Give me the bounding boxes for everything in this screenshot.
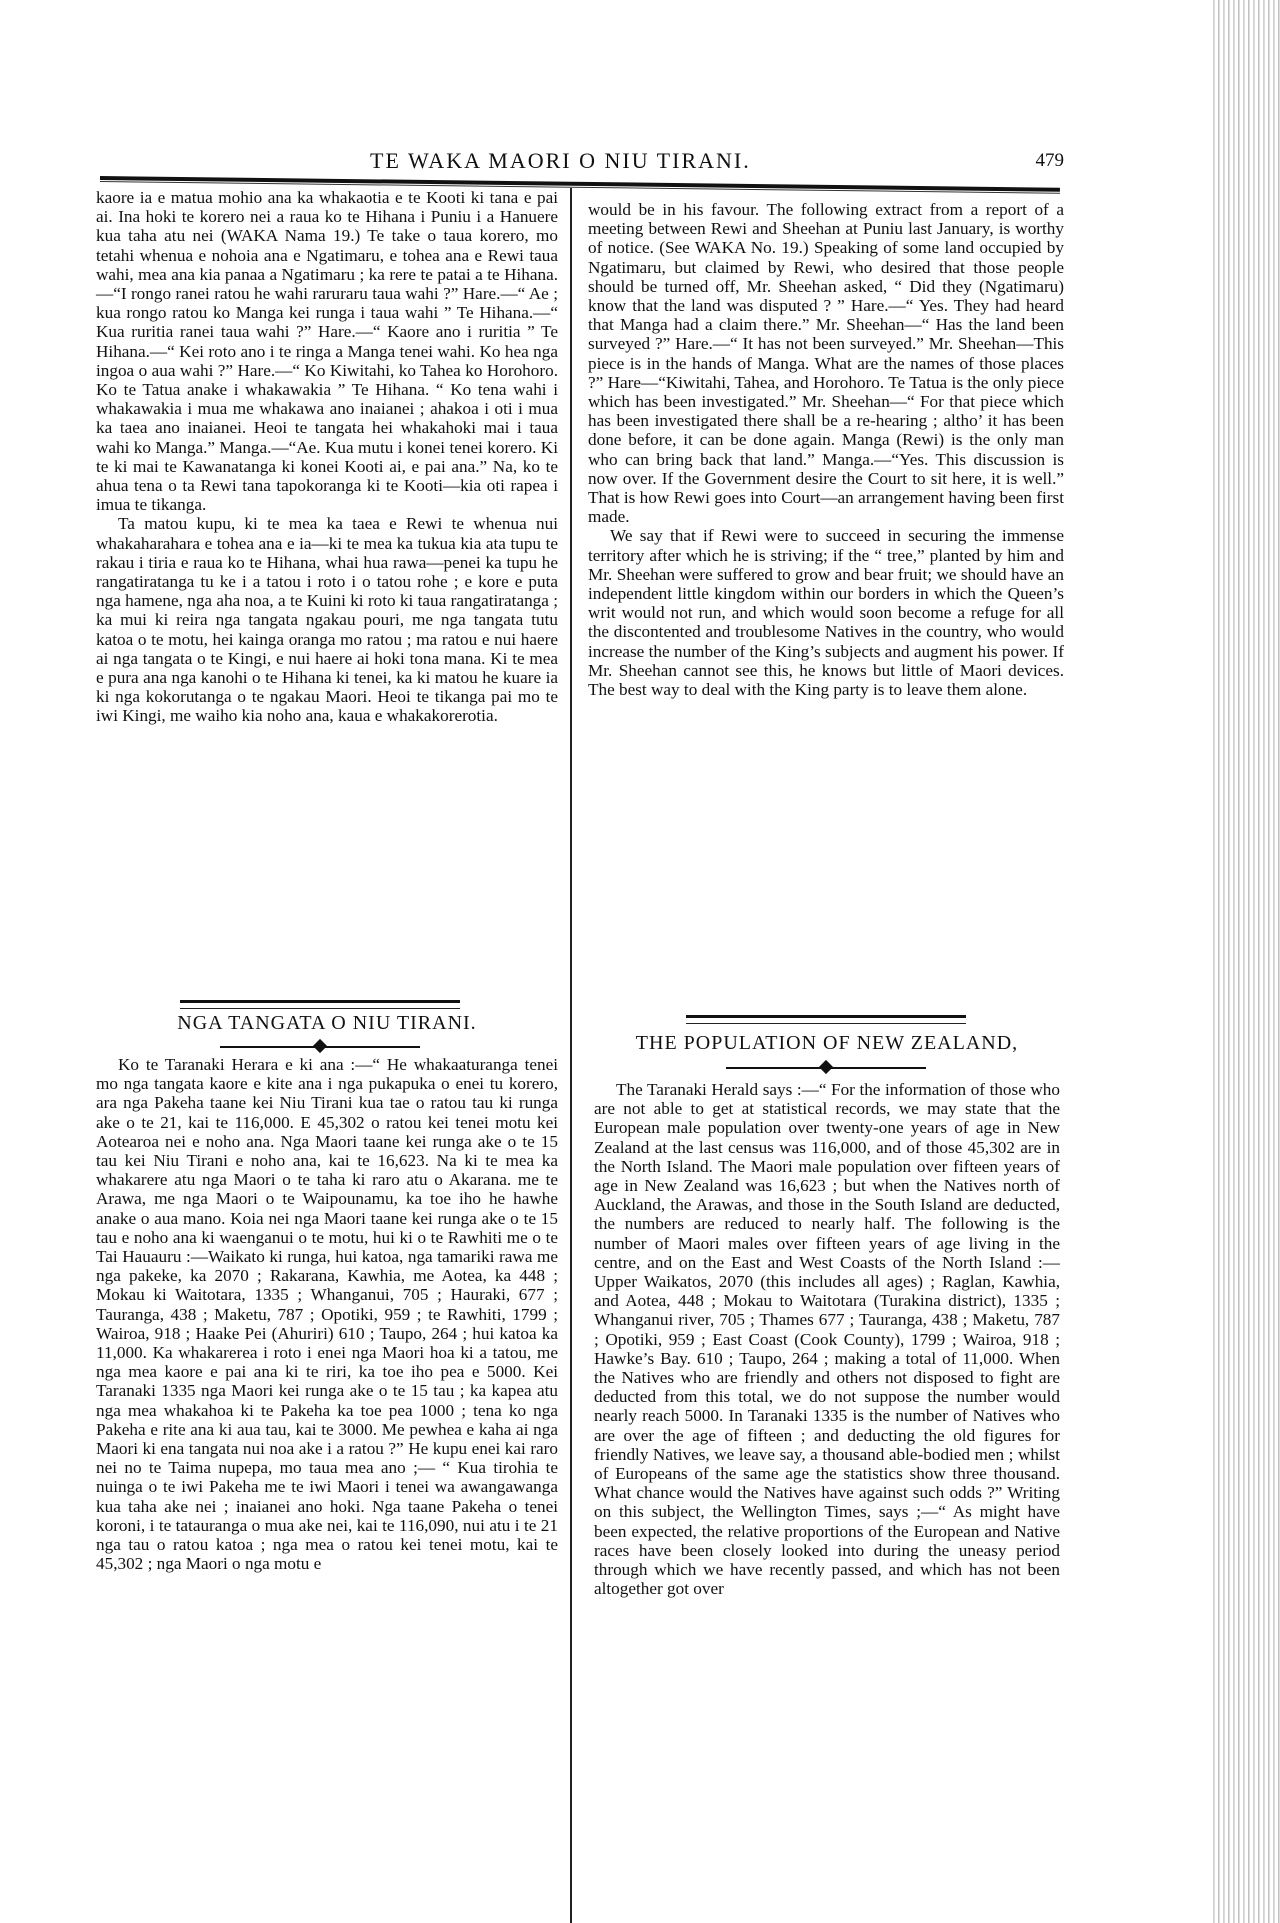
newspaper-page: TE WAKA MAORI O NIU TIRANI. 479 kaore ia… bbox=[0, 0, 1280, 1923]
paragraph: kaore ia e matua mohio ana ka whakaotia … bbox=[96, 188, 558, 514]
ornament-divider bbox=[220, 1040, 420, 1054]
section-heading-english: THE POPULATION OF NEW ZEALAND, bbox=[594, 1032, 1060, 1055]
paragraph: Ta matou kupu, ki te mea ka taea e Rewi … bbox=[96, 514, 558, 725]
section-heading-maori: NGA TANGATA O NIU TIRANI. bbox=[96, 1012, 558, 1035]
paragraph: Ko te Taranaki Herara e ki ana :—“ He wh… bbox=[96, 1055, 558, 1573]
article-left-continued: kaore ia e matua mohio ana ka whakaotia … bbox=[96, 188, 558, 726]
section-rule-thin bbox=[686, 1023, 966, 1024]
section-rule bbox=[686, 1015, 966, 1018]
article-population: The Taranaki Herald says :—“ For the inf… bbox=[594, 1080, 1060, 1598]
masthead-title: TE WAKA MAORI O NIU TIRANI. bbox=[370, 148, 751, 174]
section-rule-thin bbox=[180, 1008, 460, 1009]
scan-edge-artifact bbox=[1210, 0, 1280, 1923]
section-rule bbox=[180, 1000, 460, 1003]
paragraph: We say that if Rewi were to succeed in s… bbox=[588, 526, 1064, 699]
article-right-continued: would be in his favour. The following ex… bbox=[588, 200, 1064, 699]
paragraph: The Taranaki Herald says :—“ For the inf… bbox=[594, 1080, 1060, 1598]
ornament-divider bbox=[726, 1061, 926, 1075]
article-nga-tangata: Ko te Taranaki Herara e ki ana :—“ He wh… bbox=[96, 1055, 558, 1573]
page-number: 479 bbox=[1036, 150, 1065, 172]
page-header: TE WAKA MAORI O NIU TIRANI. 479 bbox=[100, 148, 1060, 178]
column-divider bbox=[570, 188, 572, 1923]
paragraph: would be in his favour. The following ex… bbox=[588, 200, 1064, 526]
